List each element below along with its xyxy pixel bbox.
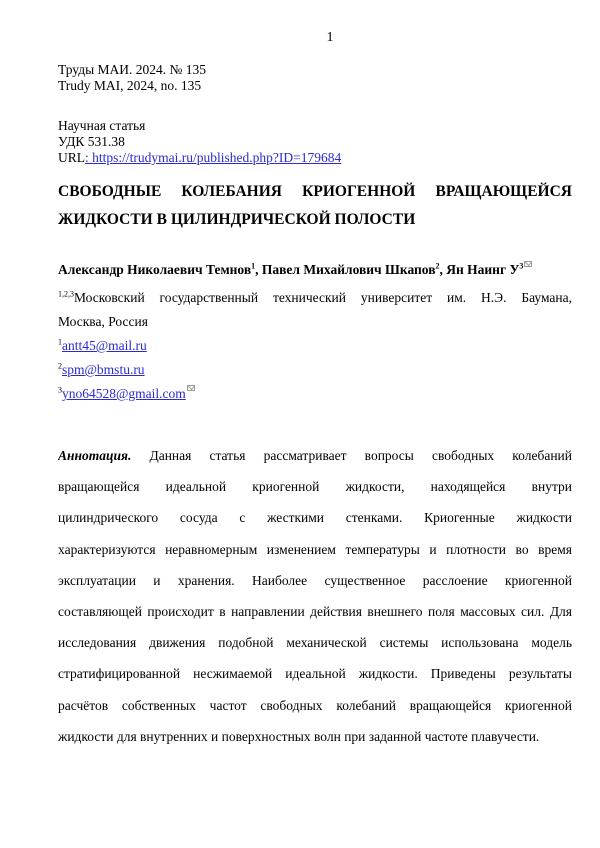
author-name: Ян Наинг У bbox=[446, 262, 519, 277]
affiliation: 1,2,3Московский государственный техничес… bbox=[58, 286, 572, 334]
email-item: 3yno64528@gmail.com bbox=[58, 382, 195, 406]
article-title: СВОБОДНЫЕ КОЛЕБАНИЯ КРИОГЕННОЙ ВРАЩАЮЩЕЙ… bbox=[58, 178, 572, 234]
email-link[interactable]: antt45@mail.ru bbox=[62, 338, 147, 353]
title-line-2: ЖИДКОСТИ В ЦИЛИНДРИЧЕСКОЙ ПОЛОСТИ bbox=[58, 206, 572, 234]
page-number: 1 bbox=[0, 30, 600, 46]
journal-header: Труды МАИ. 2024. № 135 Trudy MAI, 2024, … bbox=[58, 62, 206, 94]
title-line-1: СВОБОДНЫЕ КОЛЕБАНИЯ КРИОГЕННОЙ ВРАЩАЮЩЕЙ… bbox=[58, 178, 572, 206]
abstract-line: Аннотация. Данная статья рассматривает в… bbox=[58, 440, 572, 471]
affiliation-text: Московский государственный технический у… bbox=[74, 290, 572, 305]
author-list: Александр Николаевич Темнов1, Павел Миха… bbox=[58, 261, 572, 279]
author-separator: , bbox=[255, 262, 262, 277]
author-name: Павел Михайлович Шкапов bbox=[262, 262, 436, 277]
journal-en: Trudy MAI, 2024, no. 135 bbox=[58, 78, 206, 94]
email-list: 1antt45@mail.ru 2spm@bmstu.ru 3yno64528@… bbox=[58, 334, 195, 406]
author-sup: 3 bbox=[519, 262, 523, 271]
envelope-icon bbox=[524, 261, 532, 267]
abstract-line: цилиндрического сосуда с жесткими стенка… bbox=[58, 502, 572, 533]
article-type: Научная статья bbox=[58, 118, 341, 134]
abstract-label: Аннотация. bbox=[58, 448, 131, 463]
envelope-icon bbox=[187, 385, 195, 391]
affiliation-sup: 1,2,3 bbox=[58, 290, 74, 299]
affiliation-line-1: 1,2,3Московский государственный техничес… bbox=[58, 286, 572, 310]
abstract-line: составляющей происходит в направлении де… bbox=[58, 596, 572, 627]
url-label: URL bbox=[58, 150, 85, 165]
udc-code: УДК 531.38 bbox=[58, 134, 341, 150]
url-line: URL: https://trudymai.ru/published.php?I… bbox=[58, 150, 341, 166]
article-meta: Научная статья УДК 531.38 URL: https://t… bbox=[58, 118, 341, 166]
abstract-line: вращающейся идеальной криогенной жидкост… bbox=[58, 471, 572, 502]
abstract-line: расчётов собственных частот свободных ко… bbox=[58, 690, 572, 721]
abstract-line: жидкости для внутренних и поверхностных … bbox=[58, 721, 572, 752]
article-url-link[interactable]: : https://trudymai.ru/published.php?ID=1… bbox=[85, 150, 341, 165]
email-item: 1antt45@mail.ru bbox=[58, 334, 195, 358]
abstract: Аннотация. Данная статья рассматривает в… bbox=[58, 440, 572, 752]
author-name: Александр Николаевич Темнов bbox=[58, 262, 251, 277]
abstract-line: исследования движения подобной механичес… bbox=[58, 627, 572, 658]
email-item: 2spm@bmstu.ru bbox=[58, 358, 195, 382]
affiliation-line-2: Москва, Россия bbox=[58, 314, 148, 329]
abstract-line: стратифицированной несжимаемой идеальной… bbox=[58, 658, 572, 689]
abstract-line: характеризуются неравномерным изменением… bbox=[58, 534, 572, 565]
abstract-line: эксплуатации и хранения. Наиболее сущест… bbox=[58, 565, 572, 596]
email-link[interactable]: spm@bmstu.ru bbox=[62, 362, 145, 377]
journal-ru: Труды МАИ. 2024. № 135 bbox=[58, 62, 206, 78]
abstract-text: Данная статья рассматривает вопросы своб… bbox=[131, 448, 572, 463]
email-link[interactable]: yno64528@gmail.com bbox=[62, 386, 186, 401]
